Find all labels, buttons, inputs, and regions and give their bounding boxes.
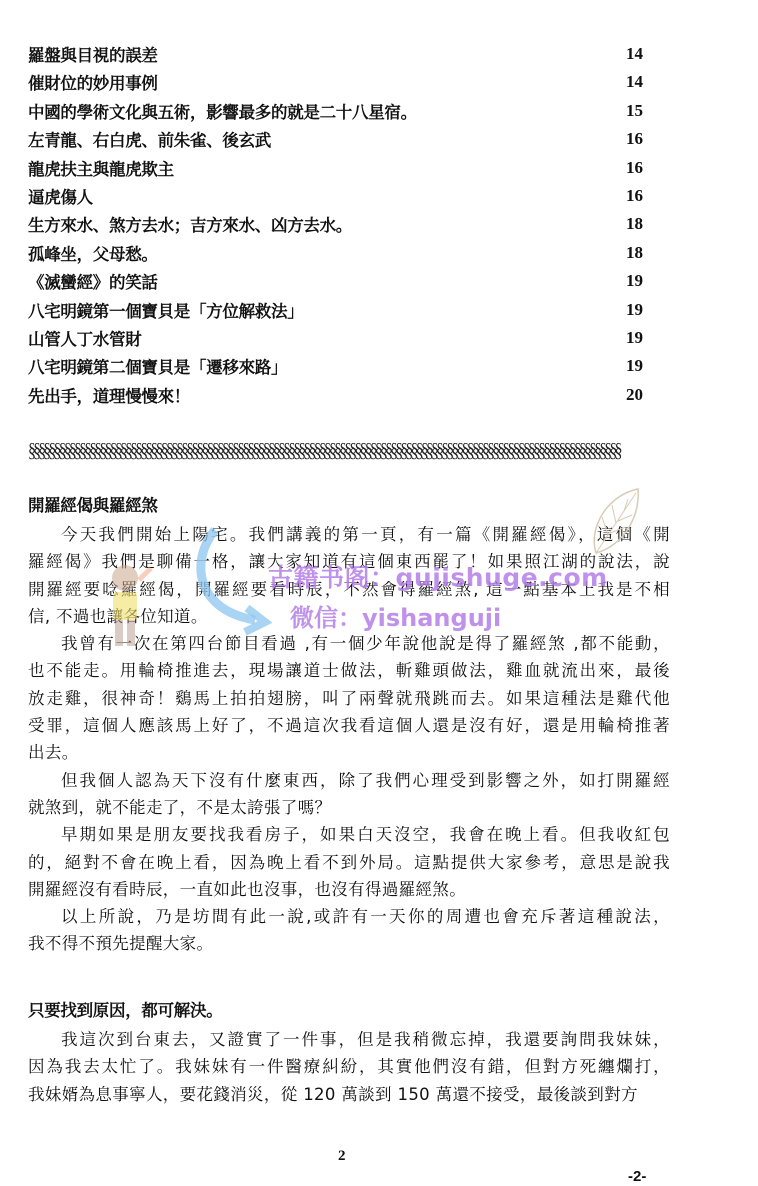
toc-entry: 左青龍、右白虎、前朱雀、後玄武16 xyxy=(28,125,668,153)
paragraph-line: 我妹婿為息事寧人，要花錢消災，從 120 萬談到 150 萬還不接受，最後談到對… xyxy=(28,1081,670,1108)
toc-entry-title: 《滅蠻經》的笑話 xyxy=(28,269,158,293)
toc-entry: 龍虎扶主與龍虎欺主16 xyxy=(28,154,668,182)
paragraph-line: 早期如果是朋友要找我看房子，如果白天沒空，我會在晚上看。但我收紅包 xyxy=(28,821,670,848)
toc-entry-title: 羅盤與目視的誤差 xyxy=(28,42,158,66)
toc-entry: 中國的學術文化與五術，影響最多的就是二十八星宿。15 xyxy=(28,97,668,125)
toc-entry-title: 催財位的妙用事例 xyxy=(28,70,158,94)
toc-entry-page: 16 xyxy=(626,186,643,206)
paragraph-line: 因為我去太忙了。我妹妹有一件醫療糾紛，其實他們沒有錯，但對方死纏爛打， xyxy=(28,1053,670,1080)
paragraph-line: 開羅經沒有看時辰，一直如此也沒事，也沒有得過羅經煞。 xyxy=(28,876,670,903)
paragraph-line: 就煞到，就不能走了，不是太誇張了嗎？ xyxy=(28,794,670,821)
page-number: 2 xyxy=(338,1148,346,1165)
table-of-contents: 羅盤與目視的誤差14催財位的妙用事例14中國的學術文化與五術，影響最多的就是二十… xyxy=(28,40,668,409)
toc-entry-title: 山管人丁水管財 xyxy=(28,326,141,350)
watermark-mascot-icon xyxy=(95,560,155,650)
watermark-url: 古籍书阁：gujishuge.com xyxy=(268,558,608,594)
toc-entry-page: 19 xyxy=(626,328,643,348)
paragraph-line: 我這次到台東去，又證實了一件事，但是我稍微忘掉，我還要詢問我妹妹， xyxy=(28,1026,670,1053)
toc-entry: 八宅明鏡第一個寶貝是「方位解救法」19 xyxy=(28,296,668,324)
paragraph-line: 的，絕對不會在晚上看，因為晚上看不到外局。這點提供大家參考，意思是說我 xyxy=(28,849,670,876)
toc-entry-page: 19 xyxy=(626,300,643,320)
paragraph: 但我個人認為天下沒有什麼東西，除了我們心理受到影響之外，如打開羅經就煞到，就不能… xyxy=(28,767,670,822)
paragraph-line: 以上所說，乃是坊間有此一說,或許有一天你的周遭也會充斥著這種說法， xyxy=(28,903,670,930)
toc-entry: 羅盤與目視的誤差14 xyxy=(28,40,668,68)
toc-entry-title: 八宅明鏡第一個寶貝是「方位解救法」 xyxy=(28,298,303,322)
toc-entry-page: 20 xyxy=(626,385,643,405)
toc-entry-title: 先出手，道理慢慢來！ xyxy=(28,383,190,407)
toc-entry: 逼虎傷人16 xyxy=(28,182,668,210)
toc-entry: 山管人丁水管財19 xyxy=(28,324,668,352)
toc-entry: 催財位的妙用事例14 xyxy=(28,68,668,96)
toc-entry-title: 龍虎扶主與龍虎欺主 xyxy=(28,156,174,180)
toc-entry-title: 八宅明鏡第二個寶貝是「遷移來路」 xyxy=(28,354,287,378)
paragraph-line: 受罪，這個人應該馬上好了，不過這次我看這個人還是沒有好，還是用輪椅推著 xyxy=(28,712,670,739)
page-marker: -2- xyxy=(628,1168,646,1185)
paragraph-line: 今天我們開始上陽宅。我們講義的第一頁，有一篇《開羅經偈》，這個《開 xyxy=(28,521,670,548)
watermark-wechat: 微信：yishanguji xyxy=(290,598,501,633)
paragraph-line: 出去。 xyxy=(28,739,670,766)
toc-entry-page: 15 xyxy=(626,101,643,121)
toc-entry-page: 16 xyxy=(626,129,643,149)
toc-entry-title: 生方來水、煞方去水；吉方來水、凶方去水。 xyxy=(28,212,352,236)
toc-entry-page: 14 xyxy=(626,44,643,64)
toc-entry: 八宅明鏡第二個寶貝是「遷移來路」19 xyxy=(28,352,668,380)
paragraph-line: 放走雞，很神奇！鷄馬上拍拍翅膀，叫了兩聲就飛跳而去。如果這種法是雞代他 xyxy=(28,685,670,712)
toc-entry-title: 中國的學術文化與五術，影響最多的就是二十八星宿。 xyxy=(28,99,417,123)
watermark-leaf-icon xyxy=(588,487,644,557)
section-divider: §§§§§§§§§§§§§§§§§§§§§§§§§§§§§§§§§§§§§§§§… xyxy=(28,440,668,468)
toc-entry-page: 16 xyxy=(626,158,643,178)
toc-entry-title: 左青龍、右白虎、前朱雀、後玄武 xyxy=(28,127,271,151)
section-heading-find-cause: 只要找到原因，都可解決。 xyxy=(28,997,222,1021)
paragraph: 以上所說，乃是坊間有此一說,或許有一天你的周遭也會充斥著這種說法，我不得不預先提… xyxy=(28,903,670,958)
paragraph-line: 也不能走。用輪椅推進去，現場讓道士做法，斬雞頭做法，雞血就流出來，最後 xyxy=(28,657,670,684)
toc-entry-page: 19 xyxy=(626,271,643,291)
toc-entry-page: 14 xyxy=(626,72,643,92)
toc-entry: 生方來水、煞方去水；吉方來水、凶方去水。18 xyxy=(28,210,668,238)
paragraph: 我曾有一次在第四台節目看過 ,有一個少年說他說是得了羅經煞 ,都不能動，也不能走… xyxy=(28,630,670,766)
toc-entry-page: 18 xyxy=(626,243,643,263)
toc-entry: 《滅蠻經》的笑話19 xyxy=(28,267,668,295)
section-heading-luojing: 開羅經偈與羅經煞 xyxy=(28,492,158,516)
toc-entry-title: 孤峰坐，父母愁。 xyxy=(28,241,158,265)
paragraph-line: 但我個人認為天下沒有什麼東西，除了我們心理受到影響之外，如打開羅經 xyxy=(28,767,670,794)
toc-entry-page: 19 xyxy=(626,356,643,376)
paragraph: 我這次到台東去，又證實了一件事，但是我稍微忘掉，我還要詢問我妹妹，因為我去太忙了… xyxy=(28,1026,670,1108)
toc-entry-title: 逼虎傷人 xyxy=(28,184,93,208)
toc-entry: 先出手，道理慢慢來！20 xyxy=(28,381,668,409)
toc-entry-page: 18 xyxy=(626,214,643,234)
paragraph-line: 我不得不預先提醒大家。 xyxy=(28,930,670,957)
paragraph: 早期如果是朋友要找我看房子，如果白天沒空，我會在晚上看。但我收紅包的，絕對不會在… xyxy=(28,821,670,903)
toc-entry: 孤峰坐，父母愁。18 xyxy=(28,239,668,267)
